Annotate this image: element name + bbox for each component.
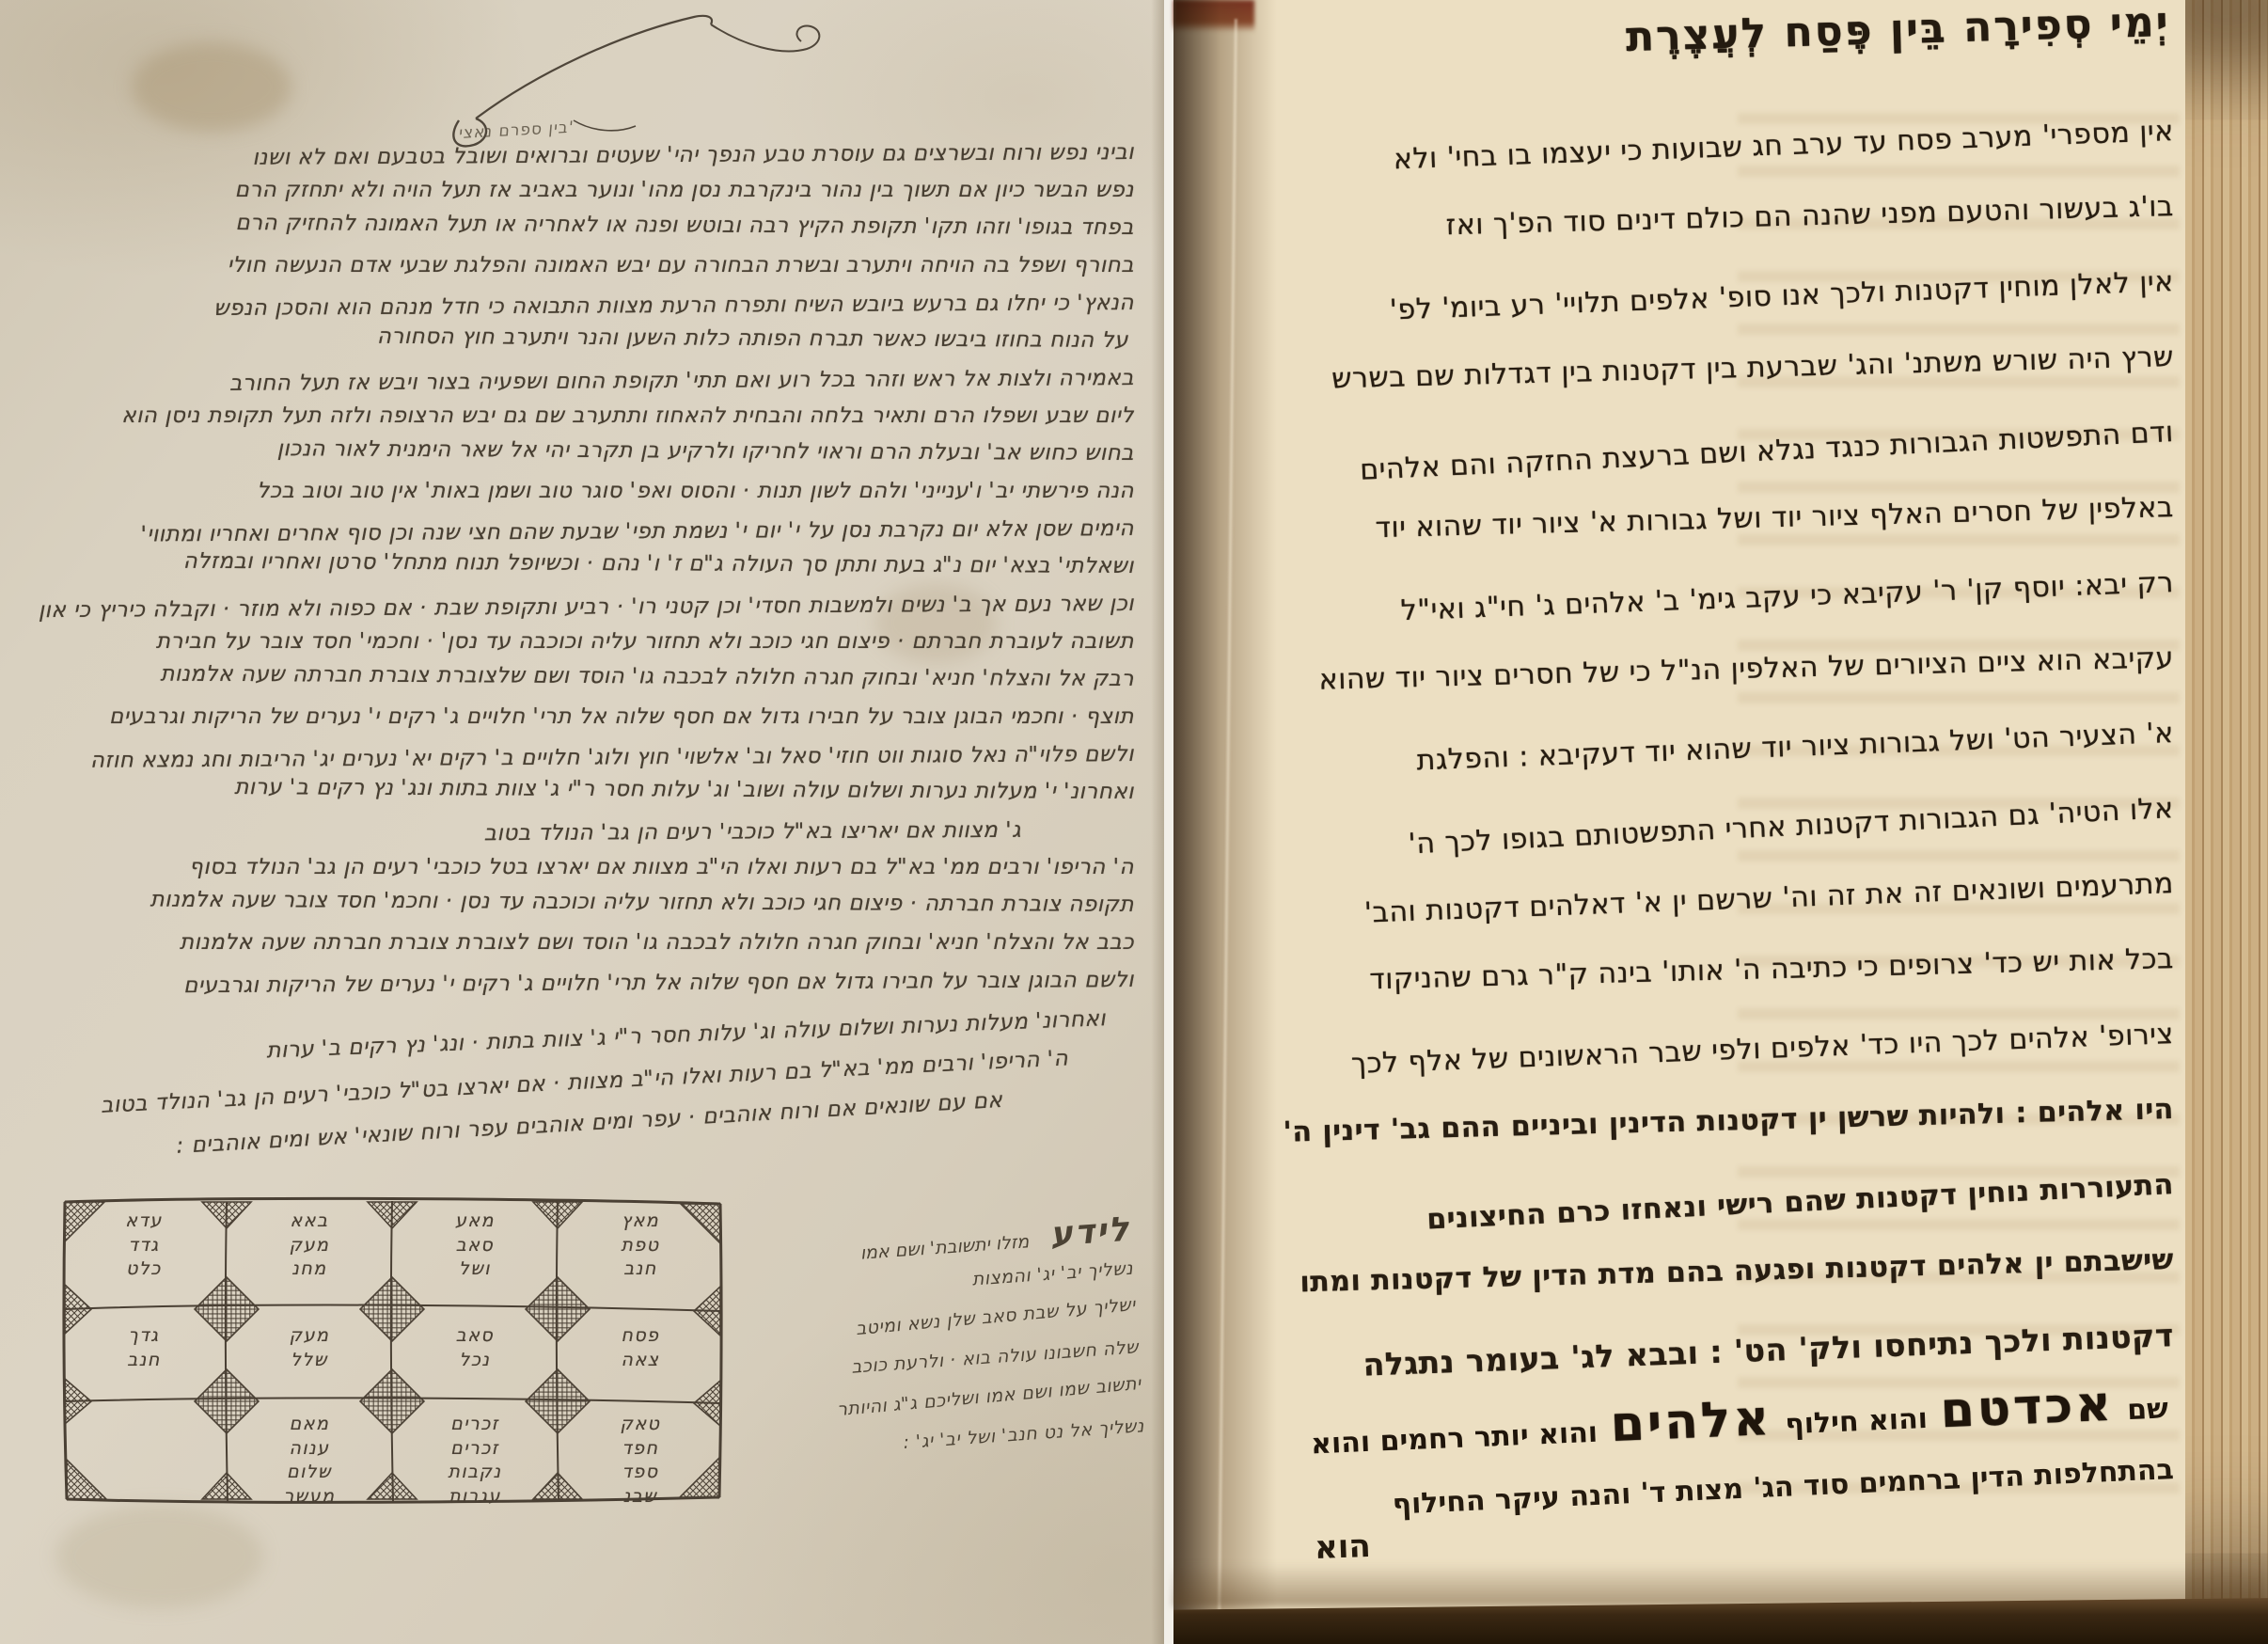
table-cell: פסח צאה — [558, 1324, 723, 1372]
divine-name: אלהים — [1609, 1390, 1772, 1453]
table-cell: מאם ענוה שלום מעשר — [227, 1413, 392, 1510]
table-cell: מאע סאב ושל — [392, 1209, 558, 1282]
table-cell: עדא גדד כלט — [61, 1209, 227, 1282]
paper-stain — [56, 1505, 263, 1608]
manuscript-text-line: באמירה ולצות אל ראש וזהר בכל רוע ואם תתי… — [26, 359, 1134, 403]
side-note-heading: לידע — [1048, 1210, 1131, 1255]
manuscript-text-line: בחוש כחוש אב' ובעלת הרם וראוי לחריקו ולר… — [26, 429, 1134, 472]
emphasis-pre: שם — [2126, 1392, 2168, 1427]
right-page-paper: יְמֵי סְפִירָה בֵּין פֶּסַח לְעֲצֶרֶת אי… — [1173, 0, 2268, 1644]
manuscript-text-line: בפחד בגופו' וזהו תקו' תקופת הקיץ רבה ובו… — [26, 203, 1134, 246]
page-gap — [1164, 0, 1173, 1644]
manuscript-text-line: ולשם הבוגן צובר על חבירו גדול אם חסף שלו… — [26, 961, 1134, 1005]
table-cell: זכרים זכרים נקבות עגבות — [392, 1413, 558, 1510]
manuscript-text-line: הנה פירשתי יב' ו'ענייני' ולהם לשון תנות … — [26, 472, 1134, 510]
left-page: בין ספרם נאצי' וביני נפש ורוח ובשרצים גם… — [0, 0, 1164, 1644]
table-cell: באא מעק מחנ — [227, 1209, 392, 1282]
table-cell: מאץ טפת חנב — [558, 1209, 723, 1282]
manuscript-text-line: על הנוח בחוזו ביבשו כאשר תברח הפותה כלות… — [26, 316, 1134, 359]
right-text-block: אין מספרי' מערב פסח עד ערב חג שבועות כי … — [1211, 94, 2174, 1373]
right-page: יְמֵי סְפִירָה בֵּין פֶּסַח לְעֲצֶרֶת אי… — [1164, 0, 2268, 1644]
paper-stain — [132, 42, 291, 132]
manuscript-text-line: רבק אל והצלח' חניא' ובחוק חגרה חלולה לבכ… — [26, 655, 1134, 698]
manuscript-text-line: תוצף · וחכמי הבוגן צובר על חבירו גדול אם… — [26, 698, 1134, 735]
fore-edge-pages — [2185, 0, 2268, 1644]
manuscript-text-line: כבב אל והצלח' חניא' ובחוק חגרה חלולה לבכ… — [26, 924, 1134, 961]
manuscript-text-line: ג' מצוות אם יאריצו בא"ל כוכבי' רעים הן ג… — [26, 811, 1134, 855]
emphasis-mid: והוא חילוף — [1784, 1402, 1928, 1441]
manuscript-text-line: וביני נפש ורוח ובשרצים גם עוסרת טבע הנפך… — [26, 134, 1134, 178]
table-cell: טאק חפד ספד שבנ — [558, 1413, 723, 1510]
table-cell: גדך חנב — [61, 1324, 227, 1372]
manuscript-text-line: תקופה צוברת חברתה · פיצום חגי כוכב ולא ת… — [26, 880, 1134, 924]
omer-table: עדא גדד כלט באא מעק מחנ מאע סאב ושל מאץ … — [61, 1194, 724, 1505]
page-title: יְמֵי סְפִירָה בֵּין פֶּסַח לְעֲצֶרֶת — [1626, 0, 2171, 61]
manuscript-spread: בין ספרם נאצי' וביני נפש ורוח ובשרצים גם… — [0, 0, 2268, 1644]
divine-name-substitute: אכדטם — [1939, 1376, 2115, 1440]
table-cell: סאב נכל — [392, 1324, 558, 1372]
manuscript-text-line: ושאלתי' בצא' יום נ"ג בעת ותתן סך העולה ג… — [26, 542, 1134, 585]
catchword: הוא — [1314, 1527, 1371, 1567]
manuscript-text-line: ואחרונ' י' מעלות נערות ושלום עולה ושוב' … — [26, 767, 1134, 811]
side-note-block: לידע מזלו יתשובת' ושם אמו נשליך יב' יג' … — [764, 1210, 1146, 1472]
side-note-lines: נשליך יב' יג' והמצותישליך על שבת סאב שלן… — [766, 1249, 1146, 1472]
emphasis-post: והוא יותר רחמים והוא — [1310, 1416, 1598, 1462]
manuscript-text-line: בחורף ושפל בה הויחה ויתערב ובשרת הבחורה … — [26, 246, 1134, 284]
left-text-block: וביני נפש ורוח ובשרצים גם עוסרת טבע הנפך… — [26, 134, 1134, 1112]
manuscript-text-line: וכן שאר נעם אך ב' נשים ולמשבות חסדי' וכן… — [26, 585, 1134, 629]
table-cell: מעק שלל — [227, 1324, 392, 1372]
